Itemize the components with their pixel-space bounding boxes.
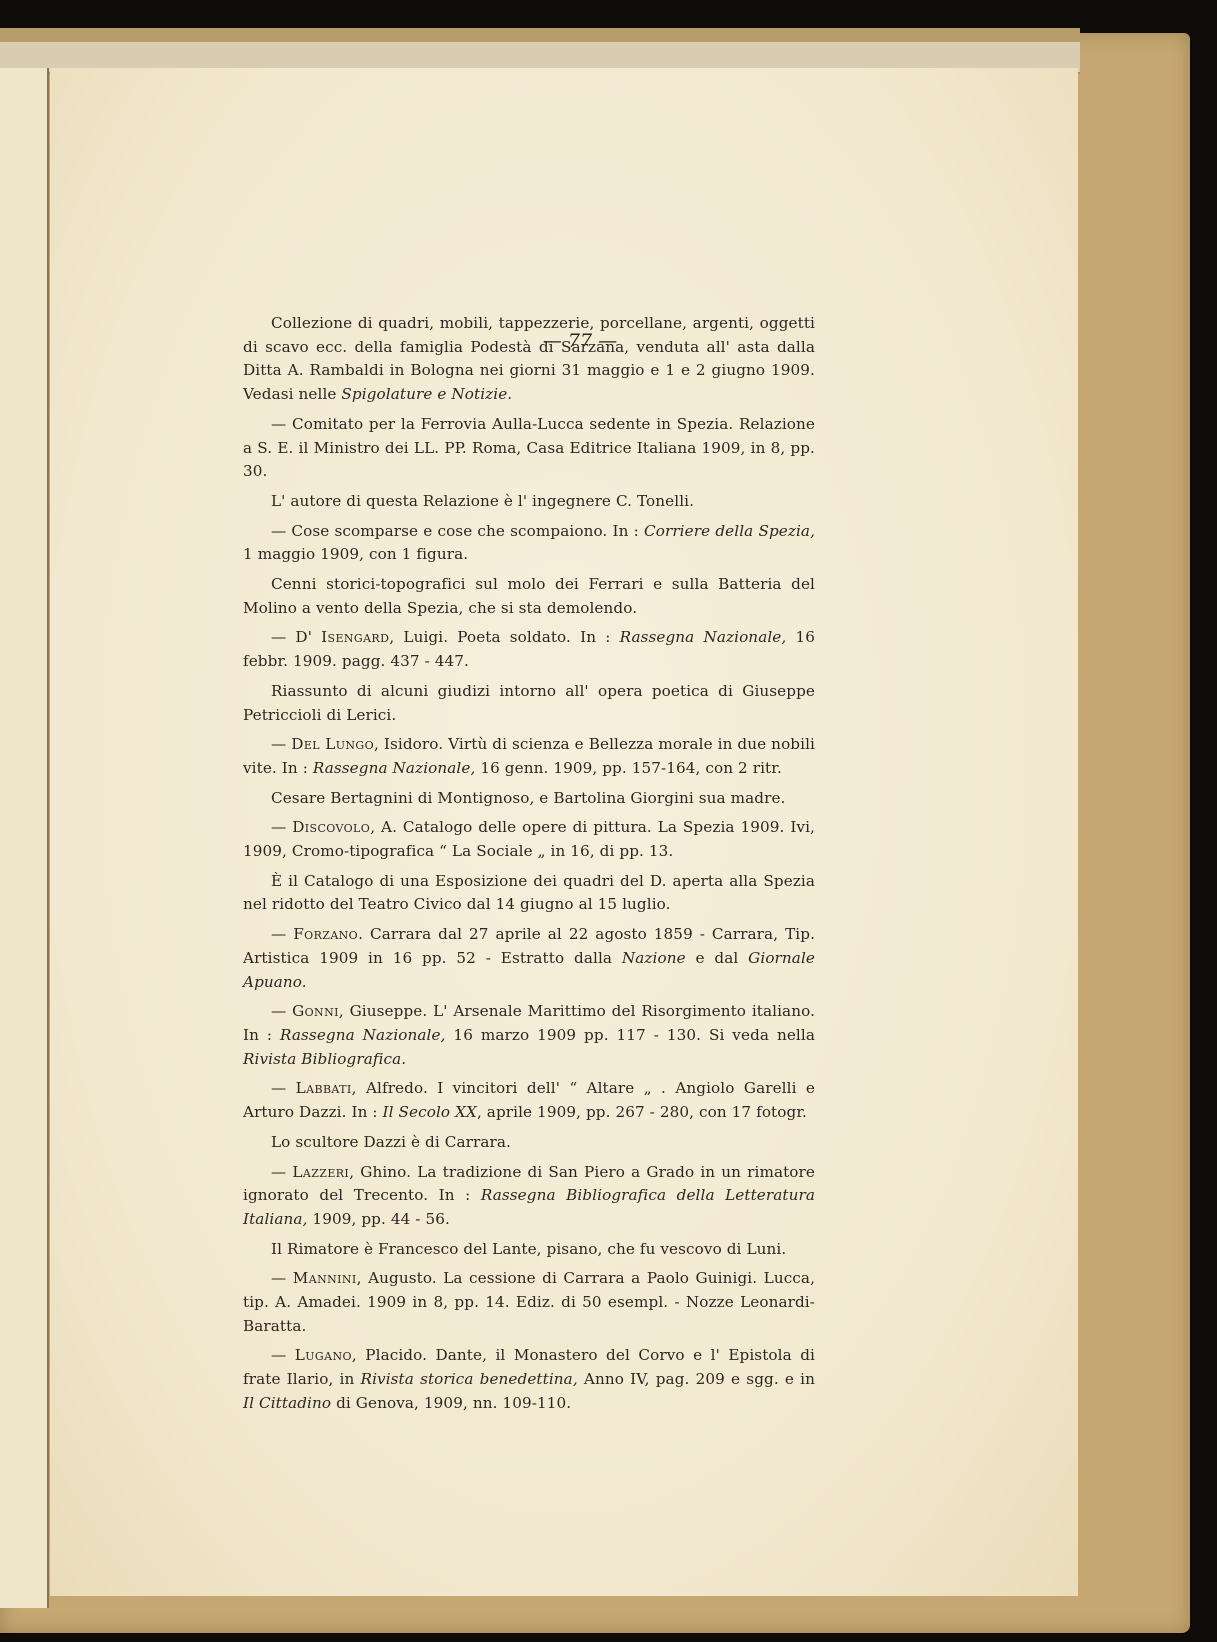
bibliography-entry: — Forzano. Carrara dal 27 aprile al 22 a… — [243, 923, 815, 994]
text-segment: — — [271, 925, 293, 943]
text-segment: — — [271, 1002, 292, 1020]
text-segment: L' autore di questa Relazione è l' ingeg… — [271, 492, 694, 510]
entry-note: Riassunto di alcuni giudizi intorno all'… — [243, 680, 815, 727]
text-segment: 1909, pp. 44 - 56. — [308, 1210, 450, 1228]
entry-note: Il Rimatore è Francesco del Lante, pisan… — [243, 1238, 815, 1262]
text-segment: — — [271, 1163, 292, 1181]
entry-note: È il Catalogo di una Esposizione dei qua… — [243, 870, 815, 917]
entry-note: Cenni storici-topografici sul molo dei F… — [243, 573, 815, 620]
text-segment: 16 marzo 1909 pp. 117 - 130. Si veda nel… — [446, 1026, 815, 1044]
text-paragraph: Collezione di quadri, mobili, tappezzeri… — [243, 312, 815, 407]
text-segment: Il Rimatore è Francesco del Lante, pisan… — [271, 1240, 786, 1258]
title-italic: Rivista storica benedettina, — [361, 1370, 578, 1388]
text-segment: Riassunto di alcuni giudizi intorno all'… — [243, 682, 815, 724]
text-segment: — — [271, 735, 291, 753]
text-segment: — — [271, 818, 292, 836]
entry-note: L' autore di questa Relazione è l' ingeg… — [243, 490, 815, 514]
facing-page-edge — [0, 68, 49, 1608]
text-segment: Lo scultore Dazzi è di Carrara. — [271, 1133, 511, 1151]
author-surname: Forzano — [293, 925, 358, 943]
title-italic: Rassegna Nazionale, — [313, 759, 476, 777]
text-segment: e dal — [686, 949, 748, 967]
text-segment: 16 genn. 1909, pp. 157-164, con 2 ritr. — [475, 759, 781, 777]
bibliography-entry: — Lazzeri, Ghino. La tradizione di San P… — [243, 1161, 815, 1232]
bibliography-entry: — Del Lungo, Isidoro. Virtù di scienza e… — [243, 733, 815, 780]
author-surname: Mannini — [293, 1269, 357, 1287]
entries-list: Collezione di quadri, mobili, tappezzeri… — [243, 312, 815, 1416]
text-segment: Anno IV, pag. 209 e sgg. e in — [578, 1370, 815, 1388]
scanned-book-page: — 77 — Collezione di quadri, mobili, tap… — [0, 0, 1217, 1642]
text-segment: , aprile 1909, pp. 267 - 280, con 17 fot… — [477, 1103, 807, 1121]
text-segment: Cesare Bertagnini di Montignoso, e Barto… — [271, 789, 785, 807]
author-surname: Discovolo — [292, 818, 370, 836]
entry-note: Lo scultore Dazzi è di Carrara. — [243, 1131, 815, 1155]
title-italic: Spigolature e Notizie. — [341, 385, 512, 403]
bibliography-entry: — Gonni, Giuseppe. L' Arsenale Marittimo… — [243, 1000, 815, 1071]
title-italic: Corriere della Spezia, — [644, 522, 815, 540]
text-segment: 1 maggio 1909, con 1 figura. — [243, 545, 468, 563]
bibliography-entry: — Lugano, Placido. Dante, il Monastero d… — [243, 1344, 815, 1415]
author-surname: Lugano — [295, 1346, 352, 1364]
author-surname: Del Lungo — [291, 735, 374, 753]
text-segment: — — [271, 1079, 296, 1097]
text-segment: — Cose scomparse e cose che scompaiono. … — [271, 522, 644, 540]
bibliography-text: Collezione di quadri, mobili, tappezzeri… — [243, 268, 815, 1422]
title-italic: Il Secolo XX — [383, 1103, 477, 1121]
title-italic: Il Cittadino — [243, 1394, 331, 1412]
bibliography-entry: — D' Isengard, Luigi. Poeta soldato. In … — [243, 626, 815, 673]
text-segment: È il Catalogo di una Esposizione dei qua… — [243, 872, 815, 914]
author-surname: Labbati — [296, 1079, 352, 1097]
text-segment: , Luigi. Poeta soldato. In : — [389, 628, 619, 646]
text-segment: — Comitato per la Ferrovia Aulla-Lucca s… — [243, 415, 815, 480]
title-italic: Rivista Bibliografica. — [243, 1050, 406, 1068]
title-italic: Rassegna Nazionale, — [280, 1026, 446, 1044]
title-italic: Nazione — [622, 949, 686, 967]
bibliography-entry: — Labbati, Alfredo. I vincitori dell' “ … — [243, 1077, 815, 1124]
author-surname: Isengard — [321, 628, 389, 646]
title-italic: Rassegna Nazionale, — [620, 628, 787, 646]
text-segment: — — [271, 1346, 295, 1364]
bibliography-entry: — Comitato per la Ferrovia Aulla-Lucca s… — [243, 413, 815, 484]
text-segment: di Genova, 1909, nn. 109-110. — [331, 1394, 571, 1412]
text-segment: — D' — [271, 628, 321, 646]
author-surname: Gonni — [292, 1002, 339, 1020]
author-surname: Lazzeri — [292, 1163, 349, 1181]
text-segment: — — [271, 1269, 293, 1287]
text-segment: Collezione di quadri, mobili, tappezzeri… — [243, 314, 815, 403]
bibliography-entry: — Cose scomparse e cose che scompaiono. … — [243, 520, 815, 567]
bibliography-entry: — Mannini, Augusto. La cessione di Carra… — [243, 1267, 815, 1338]
text-segment: Cenni storici-topografici sul molo dei F… — [243, 575, 815, 617]
entry-note: Cesare Bertagnini di Montignoso, e Barto… — [243, 787, 815, 811]
bibliography-entry: — Discovolo, A. Catalogo delle opere di … — [243, 816, 815, 863]
